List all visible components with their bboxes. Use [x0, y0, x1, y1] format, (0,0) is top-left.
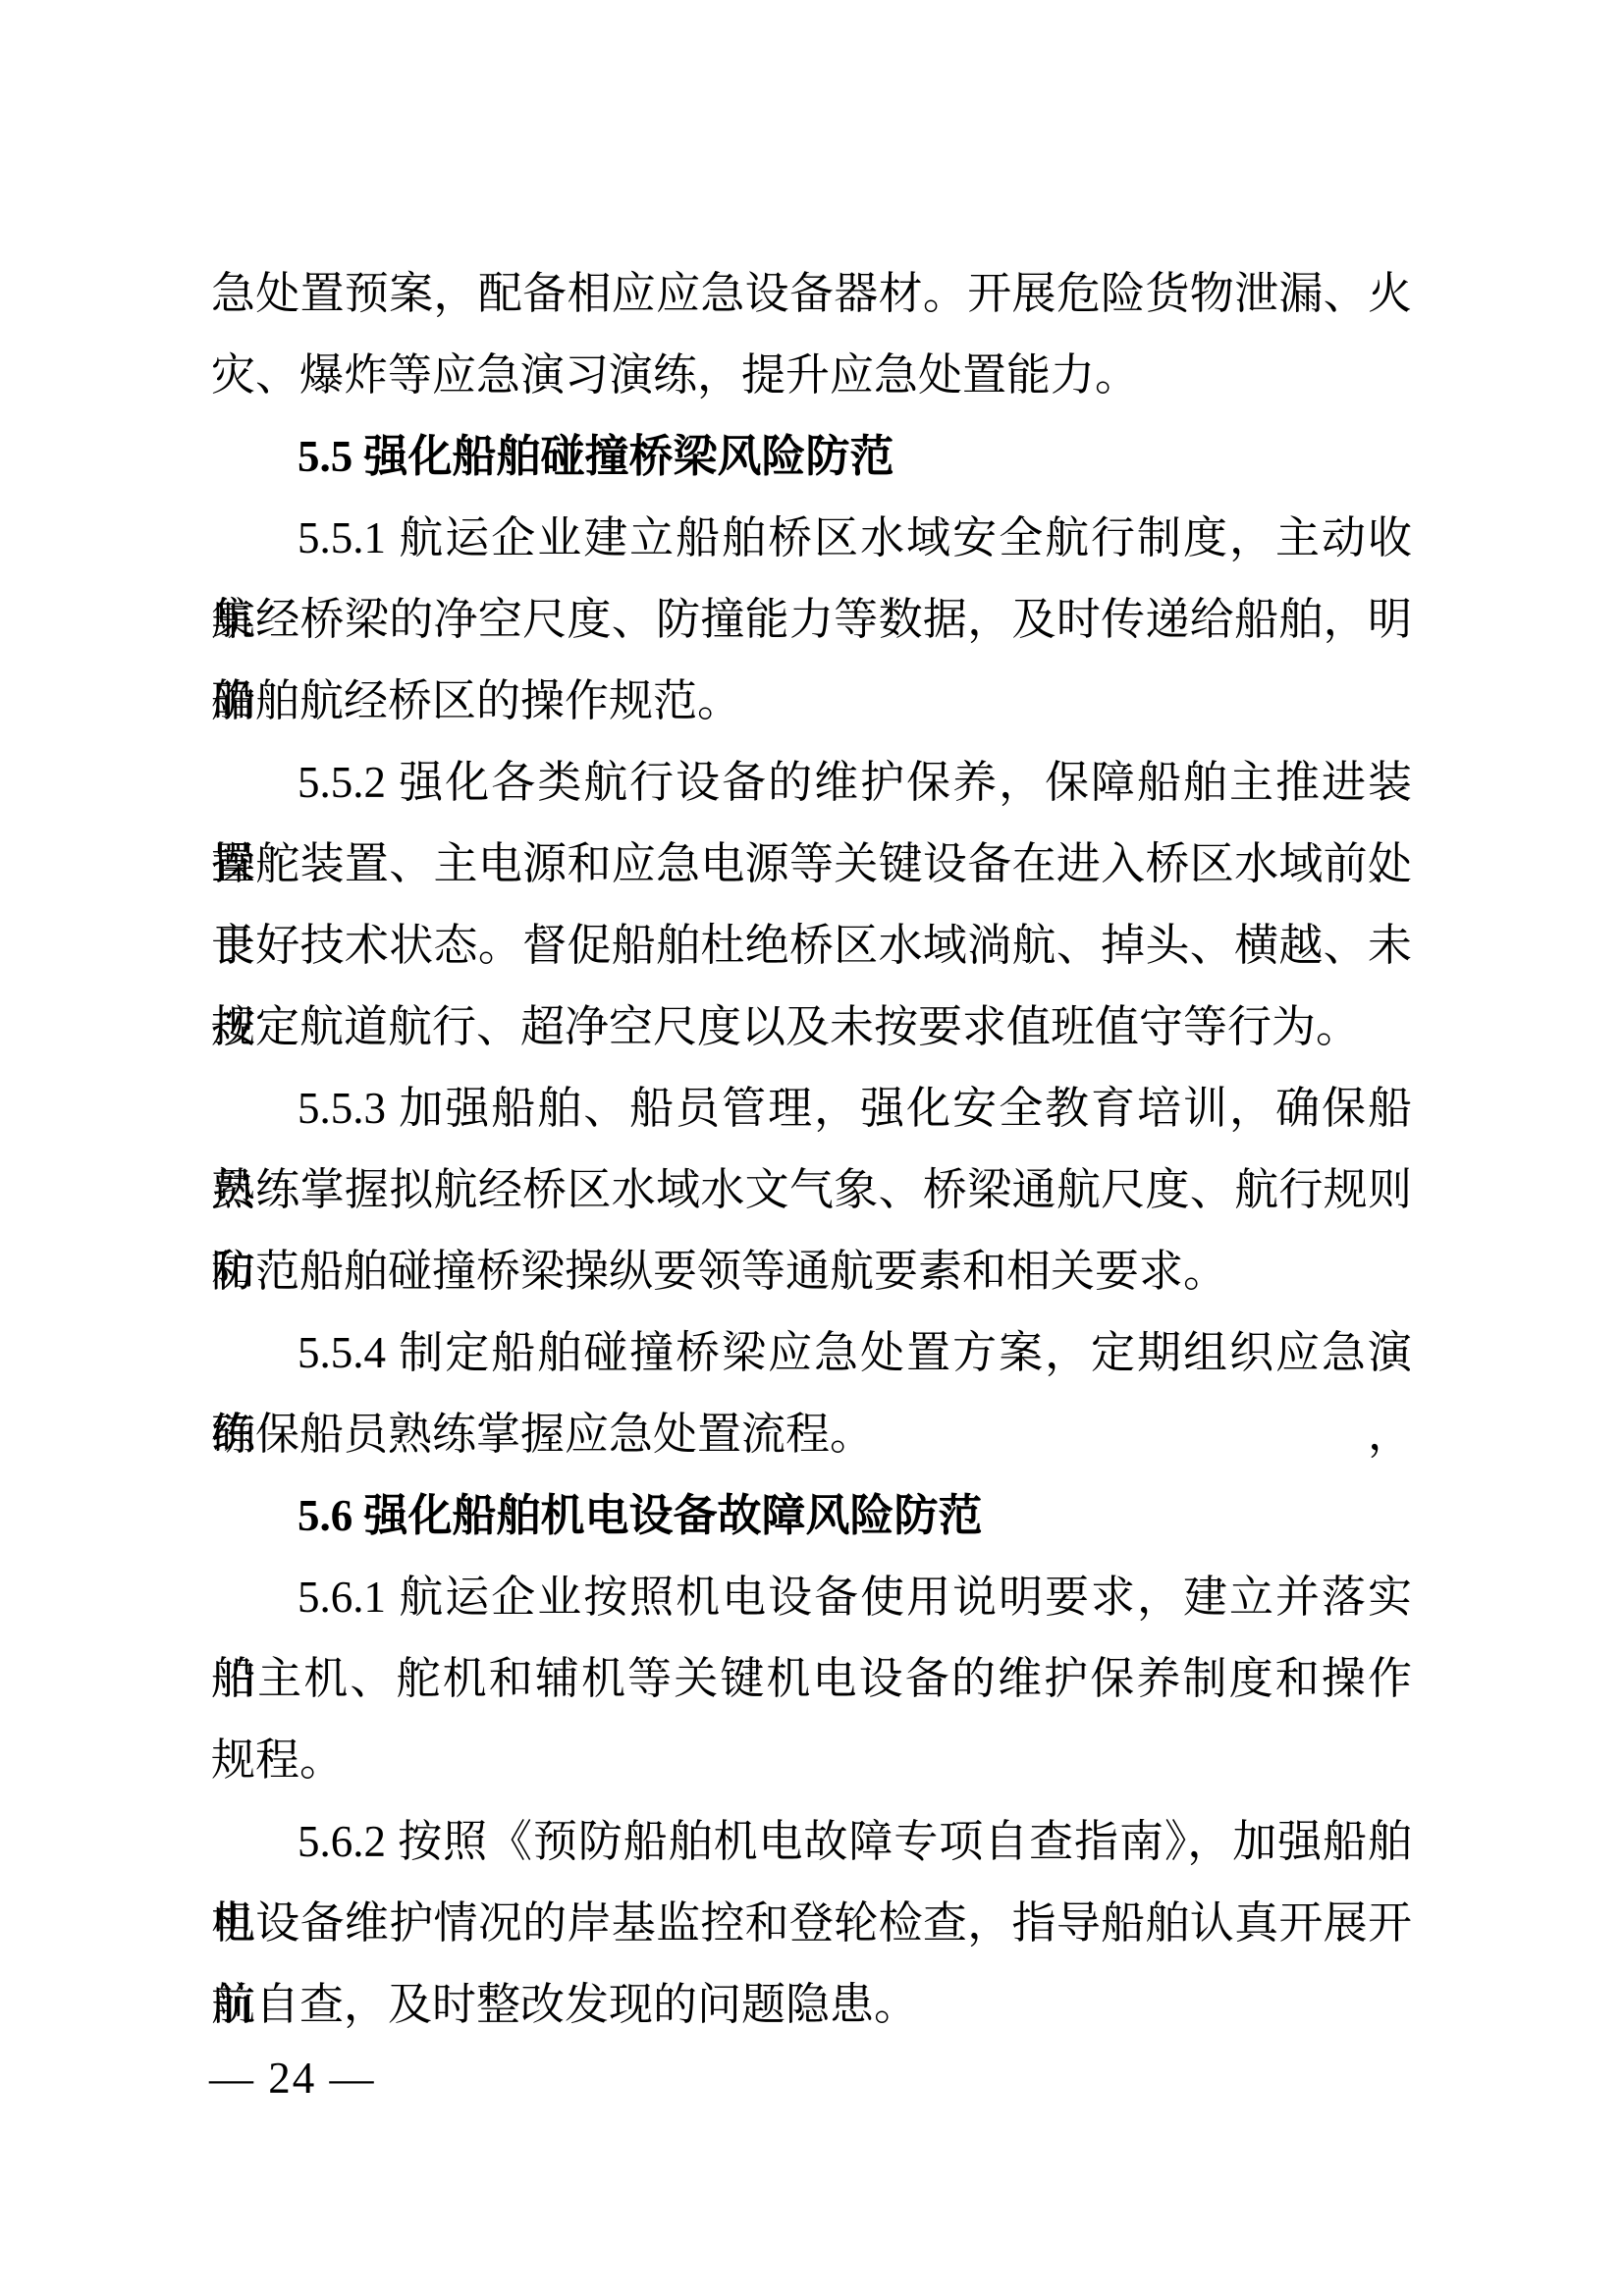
text-line: 操舵装置、主电源和应急电源等关键设备在进入桥区水域前处于 [211, 824, 1412, 905]
page-number: — 24 — [209, 2042, 376, 2115]
text-line: 舶主机、舵机和辅机等关键机电设备的维护保养制度和操作 [211, 1638, 1412, 1720]
text-line: 前自查，及时整改发现的问题隐患。 [211, 1964, 1412, 2046]
text-line: 5.5.2 强化各类航行设备的维护保养，保障船舶主推进装置、 [211, 742, 1412, 824]
text-line: 灾、爆炸等应急演习演练，提升应急处置能力。 [211, 335, 1412, 416]
text-line: 规程。 [211, 1720, 1412, 1801]
text-line: 5.6.2 按照《预防船舶机电故障专项自查指南》，加强船舶机 [211, 1801, 1412, 1883]
text-line: 急处置预案，配备相应应急设备器材。开展危险货物泄漏、火 [211, 253, 1412, 335]
text-line: 5.6.1 航运企业按照机电设备使用说明要求，建立并落实船 [211, 1557, 1412, 1638]
section-heading: 5.6 强化船舶机电设备故障风险防范 [211, 1475, 1412, 1557]
text-line: 5.5.1 航运企业建立船舶桥区水域安全航行制度，主动收集 [211, 498, 1412, 579]
document-text-block: 急处置预案，配备相应应急设备器材。开展危险货物泄漏、火灾、爆炸等应急演习演练，提… [211, 253, 1412, 2046]
text-line: 熟练掌握拟航经桥区水域水文气象、桥梁通航尺度、航行规则和 [211, 1149, 1412, 1231]
text-line: 航经桥梁的净空尺度、防撞能力等数据，及时传递给船舶，明确 [211, 579, 1412, 661]
text-line: 防范船舶碰撞桥梁操纵要领等通航要素和相关要求。 [211, 1231, 1412, 1312]
text-line: 船舶航经桥区的操作规范。 [211, 661, 1412, 742]
section-heading: 5.5 强化船舶碰撞桥梁风险防范 [211, 416, 1412, 498]
text-line: 良好技术状态。督促船舶杜绝桥区水域淌航、掉头、横越、未按 [211, 905, 1412, 987]
document-page: 急处置预案，配备相应应急设备器材。开展危险货物泄漏、火灾、爆炸等应急演习演练，提… [0, 0, 1624, 2296]
text-line: 规定航道航行、超净空尺度以及未按要求值班值守等行为。 [211, 987, 1412, 1068]
text-line: 5.5.4 制定船舶碰撞桥梁应急处置方案，定期组织应急演练， [211, 1312, 1412, 1394]
text-line: 5.5.3 加强船舶、船员管理，强化安全教育培训，确保船员 [211, 1068, 1412, 1149]
text-line: 电设备维护情况的岸基监控和登轮检查，指导船舶认真开展开航 [211, 1883, 1412, 1964]
